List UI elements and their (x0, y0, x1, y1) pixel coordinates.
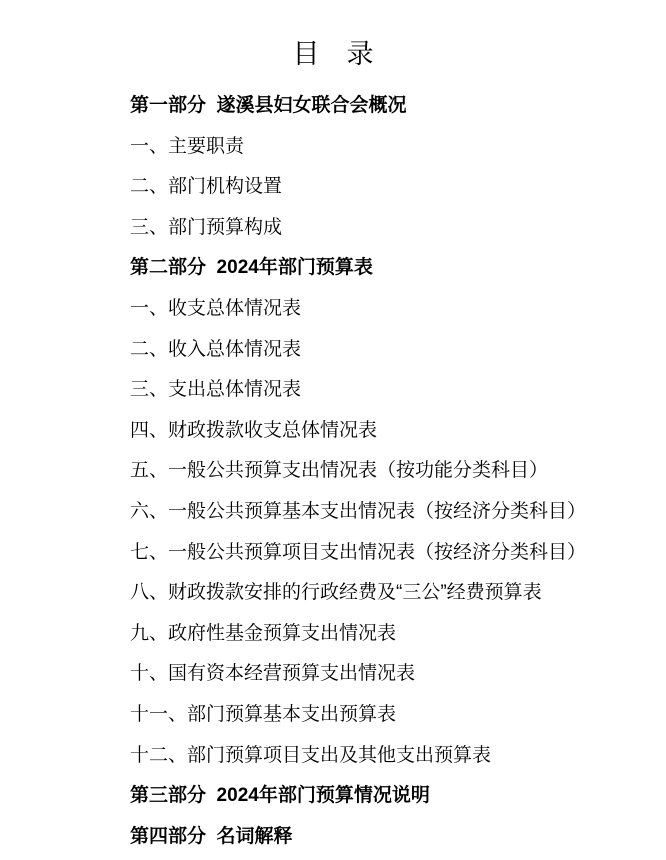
toc-item: 三、支出总体情况表 (130, 370, 636, 411)
toc-item: 十一、部门预算基本支出预算表 (130, 695, 636, 736)
toc-section-heading: 第四部分 名词解释 (130, 817, 636, 858)
toc-item: 一、收支总体情况表 (130, 289, 636, 330)
toc-item: 一、主要职责 (130, 127, 636, 168)
page-title: 目 录 (0, 0, 666, 70)
toc-section-heading: 第三部分 2024年部门预算情况说明 (130, 776, 636, 817)
toc-list: 第一部分 遂溪县妇女联合会概况一、主要职责二、部门机构设置三、部门预算构成第二部… (0, 86, 666, 857)
toc-item: 二、部门机构设置 (130, 167, 636, 208)
toc-item: 九、政府性基金预算支出情况表 (130, 614, 636, 655)
document-page: 目 录 第一部分 遂溪县妇女联合会概况一、主要职责二、部门机构设置三、部门预算构… (0, 0, 666, 860)
toc-item: 六、一般公共预算基本支出情况表（按经济分类科目） (130, 492, 636, 533)
toc-item: 十二、部门预算项目支出及其他支出预算表 (130, 736, 636, 777)
toc-item: 五、一般公共预算支出情况表（按功能分类科目） (130, 451, 636, 492)
toc-item: 四、财政拨款收支总体情况表 (130, 411, 636, 452)
toc-item: 三、部门预算构成 (130, 208, 636, 249)
toc-section-heading: 第二部分 2024年部门预算表 (130, 248, 636, 289)
toc-item: 十、国有资本经营预算支出情况表 (130, 654, 636, 695)
toc-item: 七、一般公共预算项目支出情况表（按经济分类科目） (130, 533, 636, 574)
toc-section-heading: 第一部分 遂溪县妇女联合会概况 (130, 86, 636, 127)
toc-item: 二、收入总体情况表 (130, 330, 636, 371)
toc-item: 八、财政拨款安排的行政经费及“三公”经费预算表 (130, 573, 636, 614)
